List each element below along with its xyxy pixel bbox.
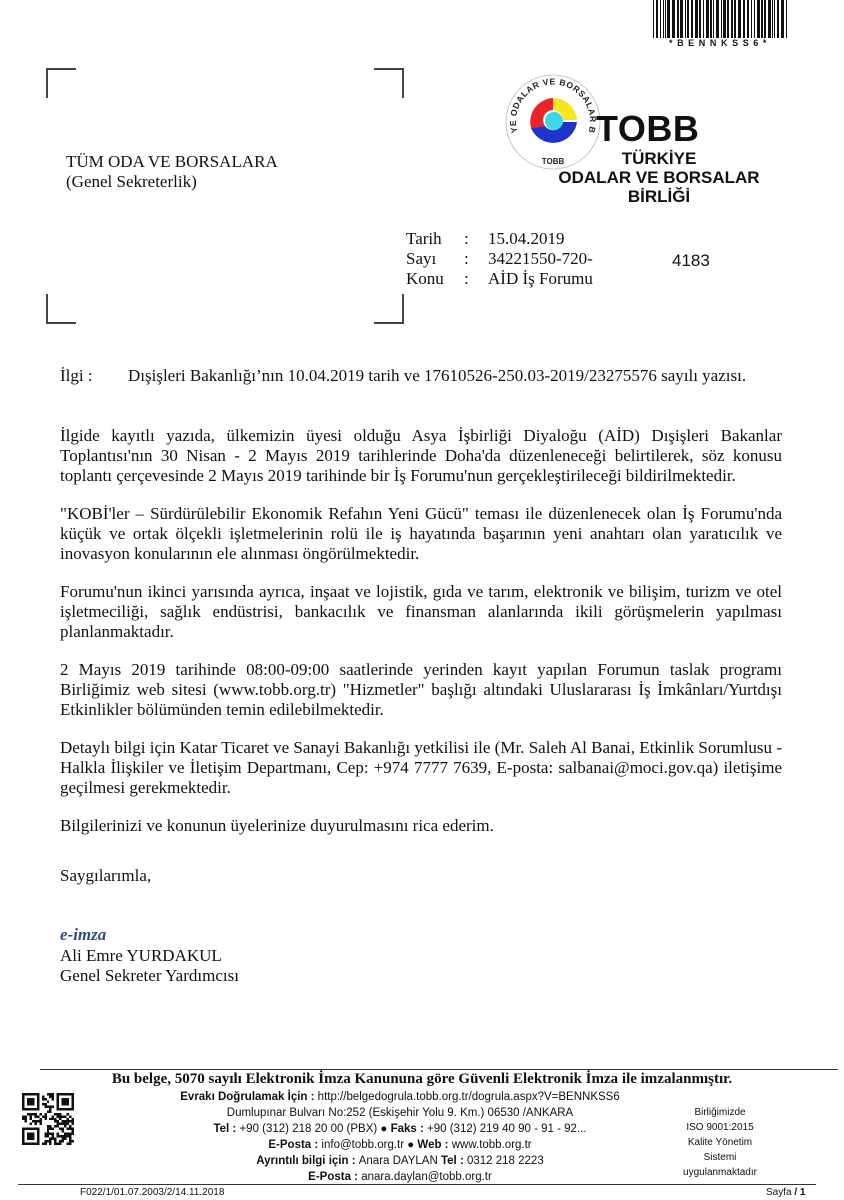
- body-paragraph: "KOBİ'ler – Sürdürülebilir Ekonomik Refa…: [60, 504, 782, 564]
- footer-contact-info: Evrakı Doğrulamak İçin : http://belgedog…: [150, 1089, 650, 1185]
- meta-row-number: Sayı : 34221550-720-: [406, 249, 593, 269]
- meta-separator: :: [464, 229, 488, 249]
- meta-value: 34221550-720-: [488, 249, 593, 269]
- tel-label: Tel :: [213, 1123, 239, 1135]
- tobb-subtitle-line: ODALAR VE BORSALAR: [546, 168, 772, 187]
- iso-notice: Birliğimizde ISO 9001:2015 Kalite Yöneti…: [660, 1105, 780, 1180]
- meta-row-date: Tarih : 15.04.2019: [406, 229, 593, 249]
- footer-contact-line: Ayrıntılı bilgi için : Anara DAYLAN Tel …: [150, 1153, 650, 1169]
- signer-title: Genel Sekreter Yardımcısı: [60, 966, 239, 986]
- fax-label: Faks :: [391, 1123, 427, 1135]
- footer-legal-notice: Bu belge, 5070 sayılı Elektronik İmza Ka…: [0, 1071, 844, 1088]
- contact-label: Ayrıntılı bilgi için :: [256, 1155, 358, 1167]
- footer-email-web-line: E-Posta : info@tobb.org.tr ● Web : www.t…: [150, 1137, 650, 1153]
- body-paragraph: Bilgilerinizi ve konunun üyelerinize duy…: [60, 816, 782, 836]
- contact-email-link[interactable]: anara.daylan@tobb.org.tr: [361, 1171, 492, 1183]
- page-total: / 1: [794, 1187, 805, 1198]
- meta-label: Sayı: [406, 249, 464, 269]
- tobb-subtitle-line: BİRLİĞİ: [546, 187, 772, 206]
- body-paragraph: 2 Mayıs 2019 tarihinde 08:00-09:00 saatl…: [60, 660, 782, 720]
- tel-value: +90 (312) 218 20 00 (PBX): [239, 1123, 380, 1135]
- meta-separator: :: [464, 269, 488, 289]
- body-paragraph: İlgide kayıtlı yazıda, ülkemizin üyesi o…: [60, 426, 782, 486]
- corner-mark-top-right: [374, 68, 404, 98]
- meta-row-subject: Konu : AİD İş Forumu: [406, 269, 593, 289]
- page-number: Sayfa / 1: [766, 1187, 805, 1198]
- meta-label: Konu: [406, 269, 464, 289]
- barcode-text: *BENNKSS6*: [651, 38, 789, 48]
- footer-contact-email-line: E-Posta : anara.daylan@tobb.org.tr: [150, 1169, 650, 1185]
- fax-value: +90 (312) 219 40 90 - 91 - 92...: [427, 1123, 587, 1135]
- signer-name: Ali Emre YURDAKUL: [60, 946, 239, 966]
- document-number: 4183: [672, 251, 710, 271]
- letter-body: İlgide kayıtlı yazıda, ülkemizin üyesi o…: [60, 426, 782, 854]
- meta-value: 15.04.2019: [488, 229, 565, 249]
- email-link[interactable]: info@tobb.org.tr: [321, 1139, 407, 1151]
- e-signature-mark: e-imza: [60, 925, 106, 945]
- contact-tel: 0312 218 2223: [467, 1155, 544, 1167]
- meta-separator: :: [464, 249, 488, 269]
- corner-mark-bottom-left: [46, 294, 76, 324]
- form-code: F022/1/01.07.2003/2/14.11.2018: [80, 1187, 224, 1198]
- reference-label: İlgi :: [60, 366, 93, 386]
- recipient-name: TÜM ODA VE BORSALARA: [66, 152, 278, 172]
- bullet-separator: ●: [380, 1123, 390, 1135]
- footer-divider-bottom: [18, 1184, 816, 1185]
- bullet-separator: ●: [407, 1139, 417, 1151]
- footer-address: Dumlupınar Bulvarı No:252 (Eskişehir Yol…: [150, 1105, 650, 1121]
- document-meta: Tarih : 15.04.2019 Sayı : 34221550-720- …: [406, 229, 593, 289]
- reference-text: Dışişleri Bakanlığı’nın 10.04.2019 tarih…: [128, 366, 768, 386]
- email-label: E-Posta :: [268, 1139, 321, 1151]
- iso-line: Sistemi: [660, 1150, 780, 1165]
- corner-mark-top-left: [46, 68, 76, 98]
- recipient-block: TÜM ODA VE BORSALARA (Genel Sekreterlik): [66, 152, 278, 192]
- contact-email-label: E-Posta :: [308, 1171, 361, 1183]
- qr-code-icon: [22, 1093, 74, 1145]
- tobb-subtitle: TÜRKİYE ODALAR VE BORSALAR BİRLİĞİ: [546, 149, 772, 206]
- verify-link[interactable]: http://belgedogrula.tobb.org.tr/dogrula.…: [318, 1091, 620, 1103]
- web-link[interactable]: www.tobb.org.tr: [452, 1139, 532, 1151]
- barcode: [651, 0, 789, 38]
- contact-tel-label: Tel :: [441, 1155, 467, 1167]
- recipient-department: (Genel Sekreterlik): [66, 172, 278, 192]
- verify-label: Evrakı Doğrulamak İçin :: [180, 1091, 317, 1103]
- iso-line: Birliğimizde: [660, 1105, 780, 1120]
- corner-mark-bottom-right: [374, 294, 404, 324]
- iso-line: Kalite Yönetim: [660, 1135, 780, 1150]
- meta-label: Tarih: [406, 229, 464, 249]
- contact-name: Anara DAYLAN: [359, 1155, 441, 1167]
- body-paragraph: Detaylı bilgi için Katar Ticaret ve Sana…: [60, 738, 782, 798]
- body-paragraph: Forumu'nun ikinci yarısında ayrıca, inşa…: [60, 582, 782, 642]
- footer-phone-line: Tel : +90 (312) 218 20 00 (PBX) ● Faks :…: [150, 1121, 650, 1137]
- web-label: Web :: [417, 1139, 451, 1151]
- signer-block: Ali Emre YURDAKUL Genel Sekreter Yardımc…: [60, 946, 239, 986]
- footer-divider-top: [40, 1069, 838, 1070]
- iso-line: uygulanmaktadır: [660, 1165, 780, 1180]
- footer-verify-line: Evrakı Doğrulamak İçin : http://belgedog…: [150, 1089, 650, 1105]
- iso-line: ISO 9001:2015: [660, 1120, 780, 1135]
- page-label: Sayfa: [766, 1187, 792, 1198]
- tobb-title: TOBB: [596, 108, 699, 150]
- closing-text: Saygılarımla,: [60, 866, 151, 886]
- meta-value: AİD İş Forumu: [488, 269, 593, 289]
- tobb-subtitle-line: TÜRKİYE: [546, 149, 772, 168]
